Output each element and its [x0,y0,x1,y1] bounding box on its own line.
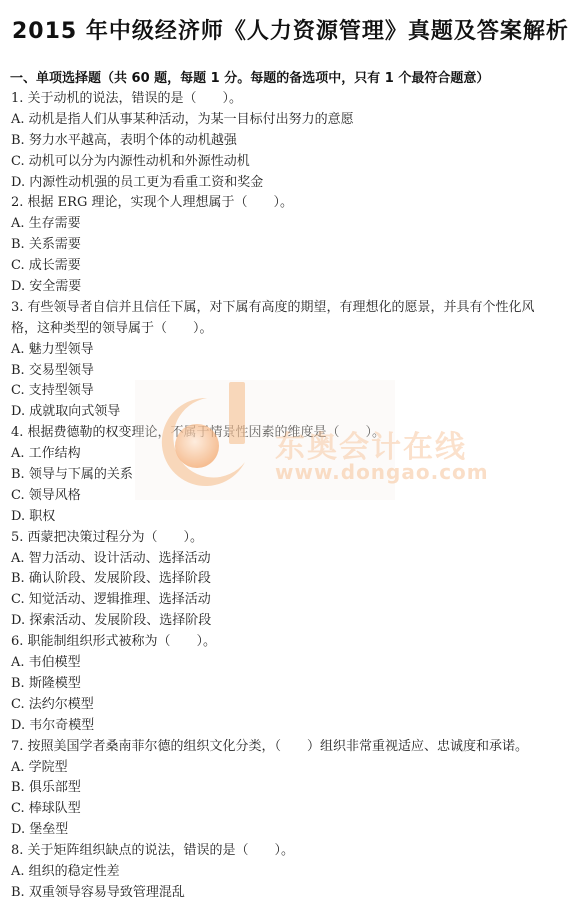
question-stem-3: 3. 有些领导者自信并且信任下属，对下属有高度的期望，有理想化的愿景，并具有个性… [11,298,571,319]
question-list: 1. 关于动机的说法，错误的是（ ）。 A. 动机是指人们从事某种活动，为某一目… [11,89,571,897]
option-5b: B. 确认阶段、发展阶段、选择阶段 [11,569,571,590]
option-6d: D. 韦尔奇模型 [11,716,571,737]
option-8b: B. 双重领导容易导致管理混乱 [11,883,571,897]
document-title: 2015 年中级经济师《人力资源管理》真题及答案解析 [12,14,569,45]
option-4d: D. 职权 [11,507,571,528]
option-6b: B. 斯隆模型 [11,674,571,695]
option-7d: D. 堡垒型 [11,820,571,841]
option-1c: C. 动机可以分为内源性动机和外源性动机 [11,152,571,173]
option-1a: A. 动机是指人们从事某种活动，为某一目标付出努力的意愿 [11,110,571,131]
option-5c: C. 知觉活动、逻辑推理、选择活动 [11,590,571,611]
option-1b: B. 努力水平越高，表明个体的动机越强 [11,131,571,152]
option-6a: A. 韦伯模型 [11,653,571,674]
option-2b: B. 关系需要 [11,235,571,256]
question-stem-4: 4. 根据费德勒的权变理论，不属于情景性因素的维度是（ ）。 [11,423,571,444]
question-stem-5: 5. 西蒙把决策过程分为（ ）。 [11,528,571,549]
question-stem-3-cont: 格，这种类型的领导属于（ ）。 [11,319,571,340]
option-8a: A. 组织的稳定性差 [11,862,571,883]
option-6c: C. 法约尔模型 [11,695,571,716]
option-5d: D. 探索活动、发展阶段、选择阶段 [11,611,571,632]
question-stem-2: 2. 根据 ERG 理论，实现个人理想属于（ ）。 [11,193,571,214]
option-1d: D. 内源性动机强的员工更为看重工资和奖金 [11,173,571,194]
question-stem-8: 8. 关于矩阵组织缺点的说法，错误的是（ ）。 [11,841,571,862]
question-stem-6: 6. 职能制组织形式被称为（ ）。 [11,632,571,653]
option-4b: B. 领导与下属的关系 [11,465,571,486]
section-heading: 一、单项选择题（共 60 题，每题 1 分。每题的备选项中，只有 1 个最符合题… [10,67,489,86]
option-2d: D. 安全需要 [11,277,571,298]
option-3c: C. 支持型领导 [11,381,571,402]
question-stem-1: 1. 关于动机的说法，错误的是（ ）。 [11,89,571,110]
option-4a: A. 工作结构 [11,444,571,465]
option-4c: C. 领导风格 [11,486,571,507]
option-3b: B. 交易型领导 [11,361,571,382]
question-stem-7: 7. 按照美国学者桑南菲尔德的组织文化分类，（ ）组织非常重视适应、忠诚度和承诺… [11,737,571,758]
option-2a: A. 生存需要 [11,214,571,235]
option-7c: C. 棒球队型 [11,799,571,820]
option-7a: A. 学院型 [11,758,571,779]
option-2c: C. 成长需要 [11,256,571,277]
option-5a: A. 智力活动、设计活动、选择活动 [11,549,571,570]
option-3a: A. 魅力型领导 [11,340,571,361]
option-3d: D. 成就取向式领导 [11,402,571,423]
option-7b: B. 俱乐部型 [11,778,571,799]
